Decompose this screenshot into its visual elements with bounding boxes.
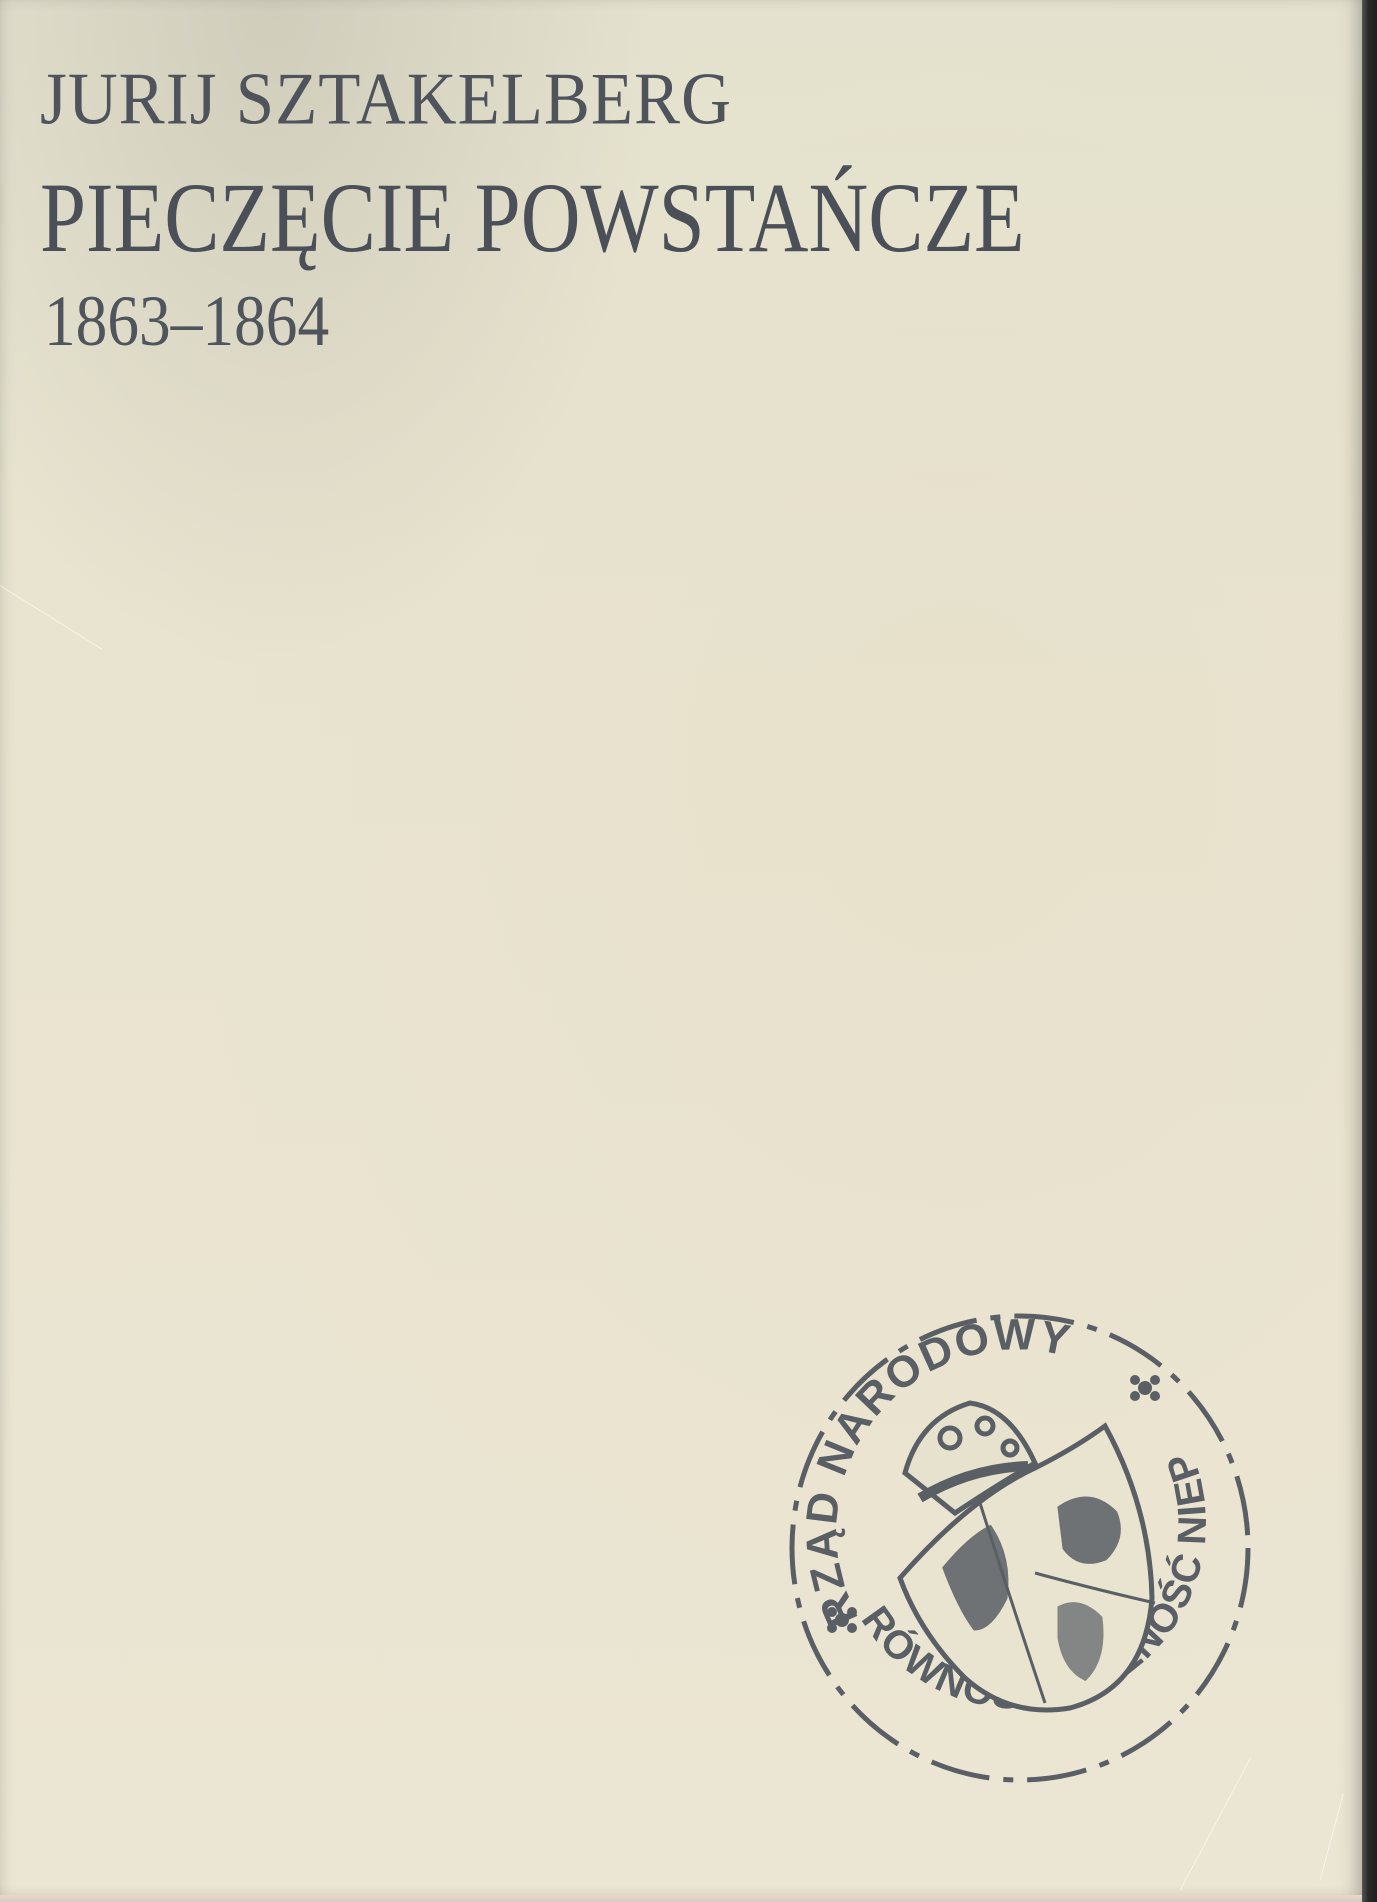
author-name: JURIJ SZTAKELBERG (40, 62, 732, 137)
book-spine-edge (1362, 0, 1377, 1902)
book-years: 1863–1864 (44, 285, 329, 357)
paper-crease (0, 585, 102, 649)
insurgent-seal: RZĄD NARODOWY RÓWNOŚĆ WOLNOŚĆ NIEPODLEGŁ… (770, 1298, 1270, 1798)
book-cover: JURIJ SZTAKELBERG PIECZĘCIE POWSTAŃCZE 1… (0, 0, 1362, 1895)
book-title: PIECZĘCIE POWSTAŃCZE (40, 168, 1025, 267)
flower-ornament-icon (1130, 1375, 1160, 1401)
paper-crease (1320, 1793, 1344, 1880)
book-bottom-edge (0, 1895, 1362, 1902)
